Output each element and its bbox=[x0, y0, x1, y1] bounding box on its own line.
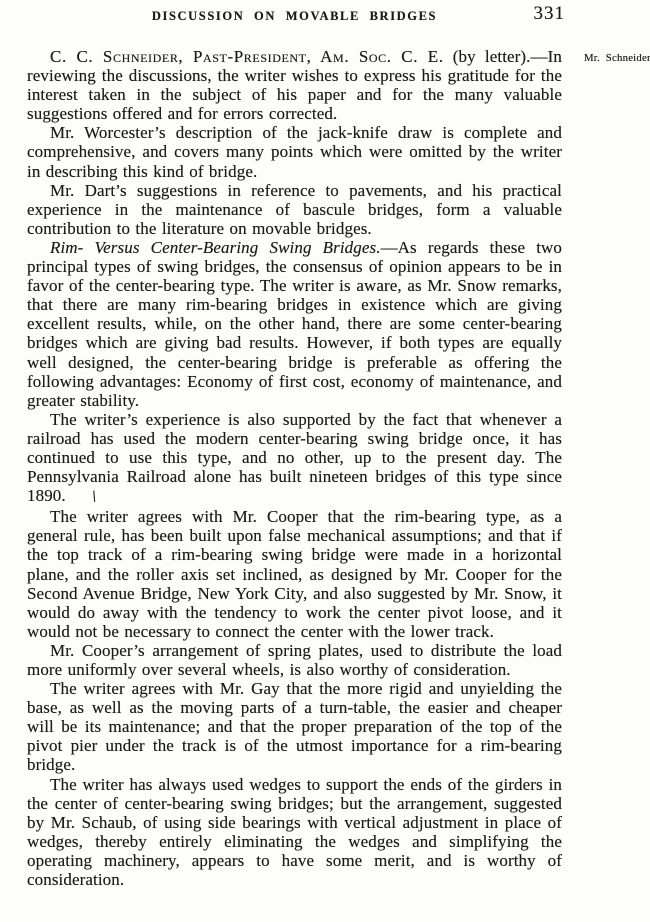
paragraph-text: —As regards these two principal types of… bbox=[27, 238, 562, 410]
paragraph-dart: Mr. Dart’s suggestions in reference to p… bbox=[27, 181, 562, 238]
running-head: DISCUSSION ON MOVABLE BRIDGES 331 bbox=[0, 0, 650, 34]
paragraph-pennsylvania: The writer’s experience is also supporte… bbox=[27, 410, 562, 507]
paragraph-cooper-spring-plates: Mr. Cooper’s arrangement of spring plate… bbox=[27, 641, 562, 679]
speaker-name-smallcaps: C. C. Schneider, Past-President, Am. Soc… bbox=[50, 47, 444, 66]
page-number: 331 bbox=[470, 3, 565, 25]
book-page: DISCUSSION ON MOVABLE BRIDGES 331 Mr. Sc… bbox=[0, 0, 650, 922]
paragraph-text: The writer’s experience is also supporte… bbox=[27, 410, 562, 505]
paragraph-schaub-wedges: The writer has always used wedges to sup… bbox=[27, 775, 562, 890]
ink-mark: \ bbox=[90, 487, 98, 509]
paragraph-cooper-rim-bearing: The writer agrees with Mr. Cooper that t… bbox=[27, 507, 562, 641]
section-lead-italic: Rim- Versus Center-Bearing Swing Bridges… bbox=[50, 238, 381, 257]
paragraph-rim-versus-center: Rim- Versus Center-Bearing Swing Bridges… bbox=[27, 238, 562, 410]
paragraph-gay: The writer agrees with Mr. Gay that the … bbox=[27, 679, 562, 774]
body-text: C. C. Schneider, Past-President, Am. Soc… bbox=[27, 47, 562, 889]
margin-note-speaker: Mr. Schneider bbox=[584, 52, 650, 64]
paragraph-worcester: Mr. Worcester’s description of the jack-… bbox=[27, 123, 562, 180]
paragraph-schneider-intro: C. C. Schneider, Past-President, Am. Soc… bbox=[27, 47, 562, 123]
